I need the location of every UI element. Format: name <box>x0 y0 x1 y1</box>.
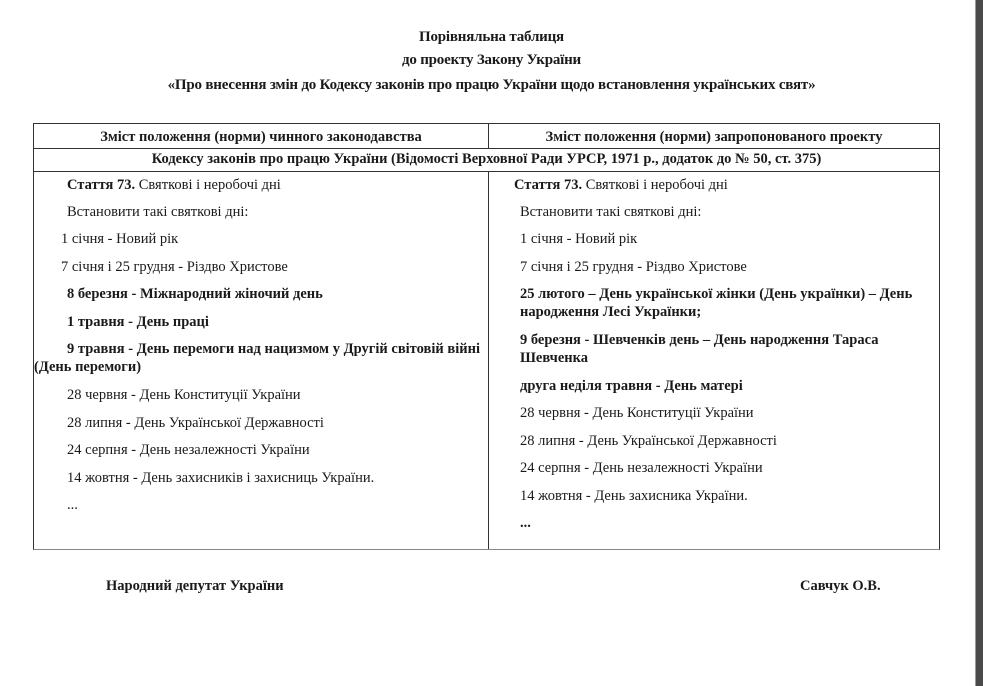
list-item: 8 березня - Міжнародний жіночий день <box>67 285 323 303</box>
comparison-table: Зміст положення (норми) чинного законода… <box>33 123 940 550</box>
list-item: 1 січня - Новий рік <box>520 230 637 248</box>
list-item: 14 жовтня - День захисників і захисниць … <box>67 469 374 487</box>
list-item: 28 червня - День Конституції України <box>67 386 301 404</box>
list-item: 7 січня і 25 грудня - Різдво Христове <box>61 258 288 276</box>
law-title: «Про внесення змін до Кодексу законів пр… <box>0 77 983 94</box>
list-item: 7 січня і 25 грудня - Різдво Христове <box>520 258 747 276</box>
list-item: 14 жовтня - День захисника України. <box>520 487 748 505</box>
list-item: ... <box>67 496 78 514</box>
list-item: 24 серпня - День незалежності України <box>67 441 310 459</box>
code-reference-row: Кодексу законів про працю України (Відом… <box>34 149 939 172</box>
list-item: 24 серпня - День незалежності України <box>520 459 763 477</box>
list-item: 1 січня - Новий рік <box>61 230 178 248</box>
article-label: Стаття 73. <box>67 177 135 193</box>
document-title: Порівняльна таблиця <box>0 29 983 46</box>
article-heading: Стаття 73. Святкові і неробочі дні <box>514 176 728 194</box>
list-item: 9 травня - День перемоги над нацизмом у … <box>34 340 480 376</box>
list-item: Встановити такі святкові дні: <box>520 203 701 221</box>
document-page: Порівняльна таблиця до проекту Закону Ук… <box>0 0 975 686</box>
list-item: друга неділя травня - День матері <box>520 377 743 395</box>
header-proposed-law: Зміст положення (норми) запропонованого … <box>489 129 939 146</box>
article-title: Святкові і неробочі дні <box>139 177 281 193</box>
viewer-background <box>976 0 983 686</box>
list-item: 28 липня - День Української Державності <box>67 414 324 432</box>
header-current-law: Зміст положення (норми) чинного законода… <box>34 129 488 146</box>
list-item: 28 червня - День Конституції України <box>520 404 754 422</box>
list-item: 9 березня - Шевченків день – День народж… <box>520 331 940 367</box>
table-header-row: Зміст положення (норми) чинного законода… <box>34 124 939 149</box>
list-item: 1 травня - День праці <box>67 313 209 331</box>
signatory-name: Савчук О.В. <box>800 578 881 595</box>
article-label: Стаття 73. <box>514 177 582 193</box>
document-subtitle: до проекту Закону України <box>0 52 983 69</box>
list-item: 28 липня - День Української Державності <box>520 432 777 450</box>
signatory-position: Народний депутат України <box>106 578 284 595</box>
list-item: Встановити такі святкові дні: <box>67 203 248 221</box>
column-divider <box>488 124 489 549</box>
list-item: ... <box>520 514 531 532</box>
article-title: Святкові і неробочі дні <box>586 177 728 193</box>
article-heading: Стаття 73. Святкові і неробочі дні <box>67 176 281 194</box>
list-item: 25 лютого – День української жінки (День… <box>520 285 940 321</box>
